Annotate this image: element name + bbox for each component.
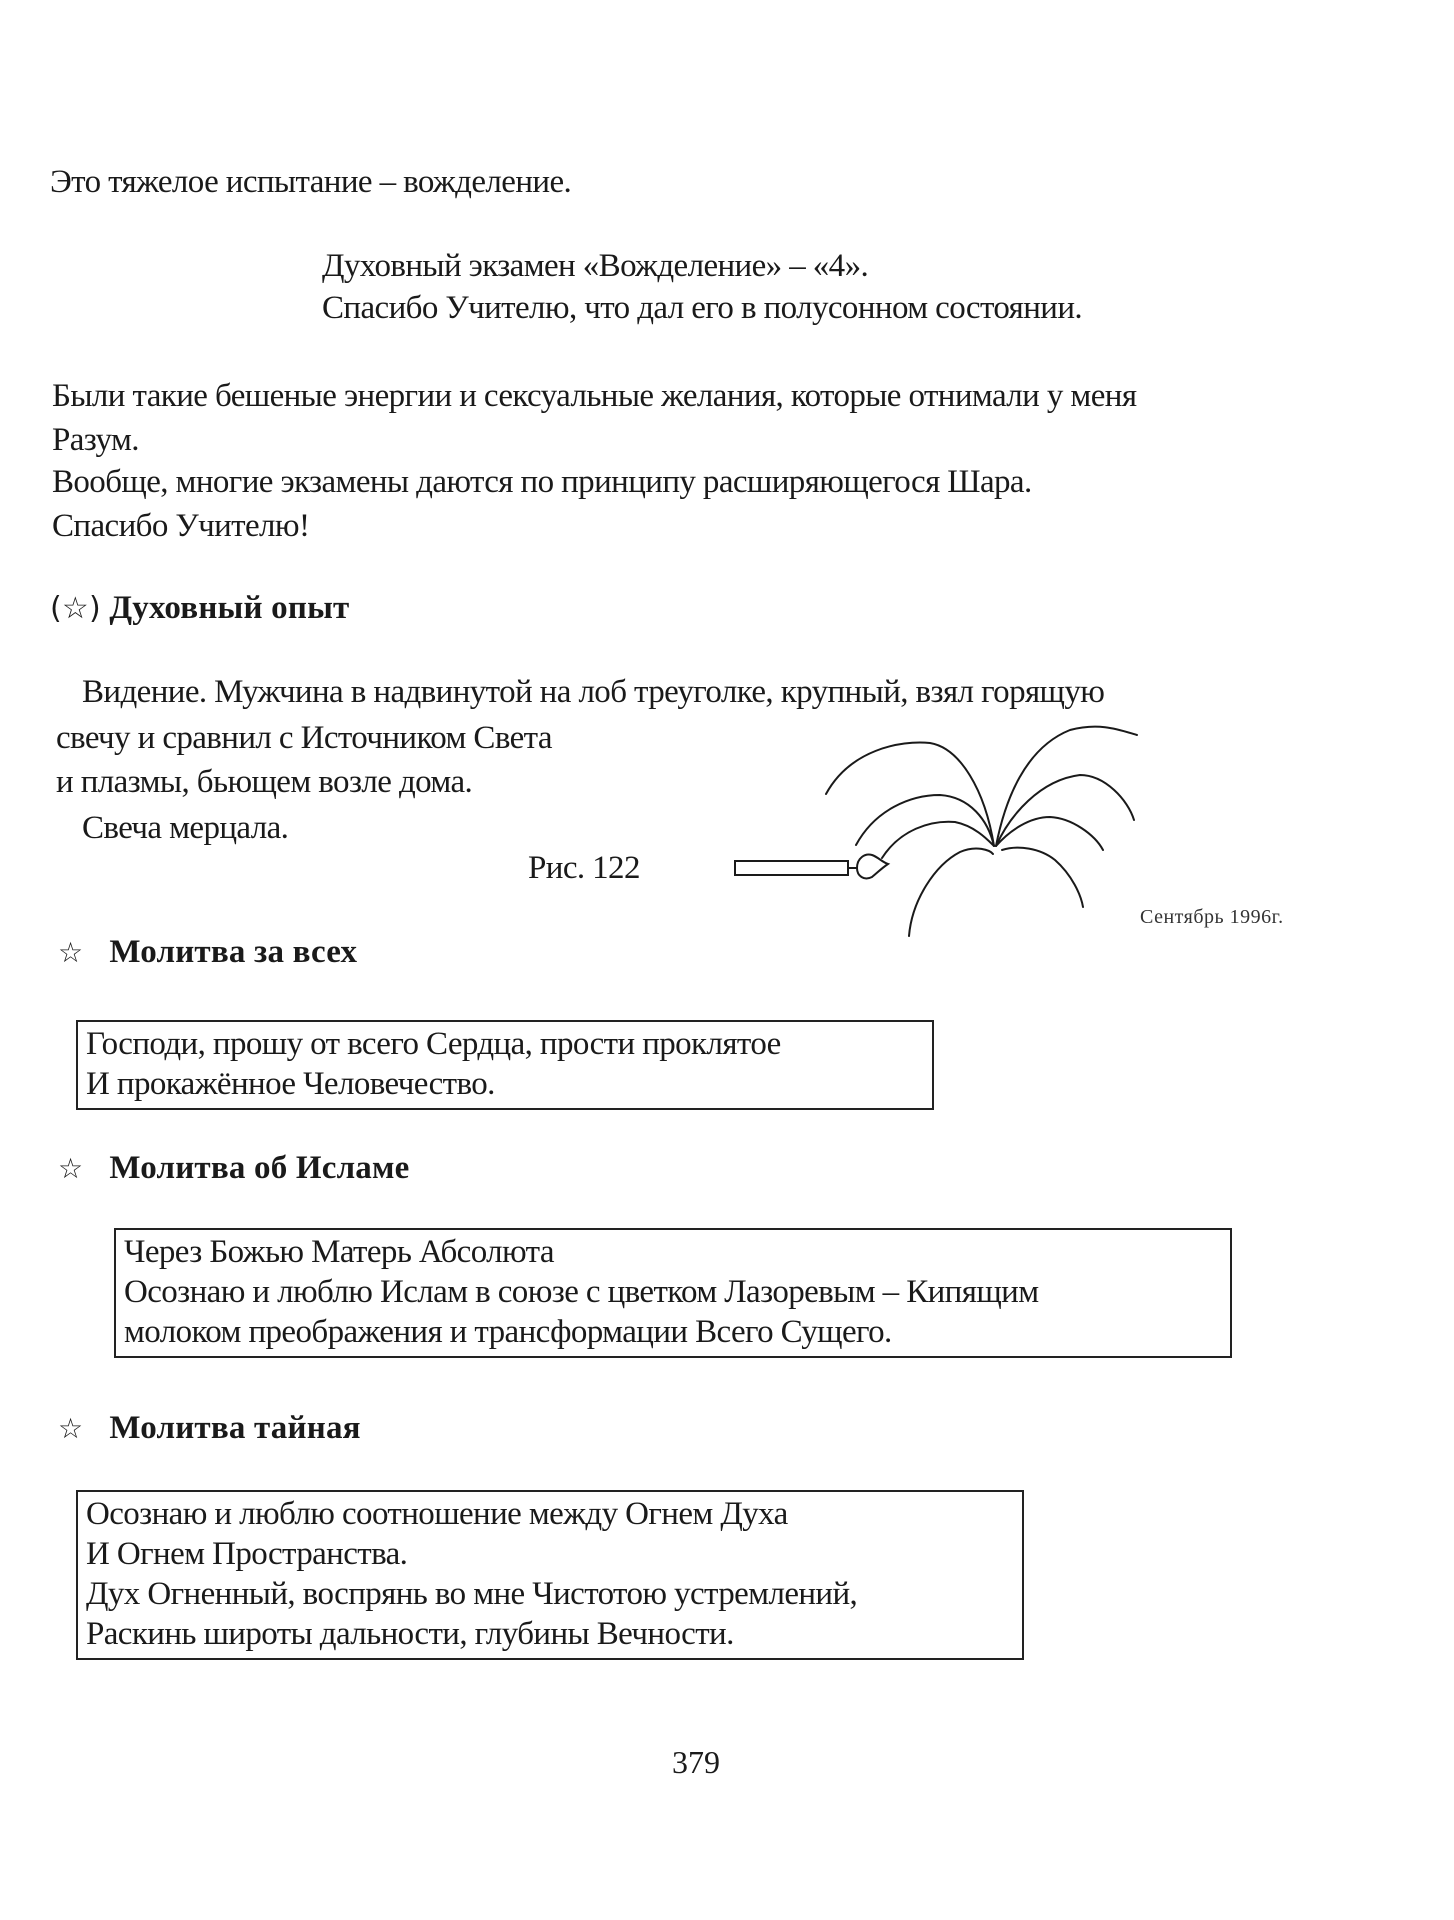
prayer-line: Осознаю и люблю соотношение между Огнем … [86,1494,1014,1534]
heading-text: Молитва за всех [109,934,357,970]
prayer-line: Осознаю и люблю Ислам в союзе с цветком … [124,1272,1222,1312]
heading-text: Молитва об Исламе [109,1150,409,1186]
star-icon: ☆ [58,936,83,969]
prayer-line: И Огнем Пространства. [86,1534,1014,1574]
vision-line: Свеча мерцала. [82,806,288,850]
prayer-line: молоком преображения и трансформации Все… [124,1312,1222,1352]
prayer-line: Дух Огненный, воспрянь во мне Чистотою у… [86,1574,1014,1614]
prayer-box: Осознаю и люблю соотношение между Огнем … [76,1490,1024,1660]
vision-line: свечу и сравнил с Источником Света [56,716,552,760]
prayer-line: Через Божью Матерь Абсолюта [124,1232,1222,1272]
vision-line: и плазмы, бьющем возле дома. [56,760,472,804]
section-heading-prayer-islam: ☆Молитва об Исламе [58,1150,410,1187]
prayer-line: Раскинь широты дальности, глубины Вечнос… [86,1614,1014,1654]
star-icon: ☆ [58,1412,83,1445]
prayer-box: Через Божью Матерь Абсолюта Осознаю и лю… [114,1228,1232,1358]
prayer-line: И прокажённое Человечество. [86,1064,924,1104]
figure-date: Сентябрь 1996г. [1140,906,1284,929]
candle-fountain-figure [700,700,1454,960]
exam-result-line: Духовный экзамен «Вожделение» – «4». [322,244,868,288]
section-heading-prayer-all: ☆Молитва за всех [58,934,357,971]
paragraph-line: Разум. [52,418,139,462]
prayer-line: Господи, прошу от всего Сердца, прости п… [86,1024,924,1064]
paren-close: ) [89,591,101,626]
heading-text: Молитва тайная [109,1410,360,1446]
paragraph-line: Вообще, многие экзамены даются по принци… [52,460,1032,504]
paragraph-line: Спасибо Учителю! [52,504,309,548]
page-number: 379 [672,1744,720,1781]
paragraph-line: Были такие бешеные энергии и сексуальные… [52,374,1136,418]
heading-text: Духовный опыт [109,590,349,626]
section-heading-prayer-secret: ☆Молитва тайная [58,1410,361,1447]
figure-label: Рис. 122 [528,846,640,890]
exam-thanks-line: Спасибо Учителю, что дал его в полусонно… [322,286,1082,330]
star-icon: ☆ [58,1152,83,1185]
section-heading-experience: (☆) Духовный опыт [50,590,349,627]
star-icon: ☆ [62,591,89,626]
prayer-box: Господи, прошу от всего Сердца, прости п… [76,1020,934,1110]
intro-line: Это тяжелое испытание – вожделение. [50,160,571,204]
paren-open: ( [50,591,62,626]
